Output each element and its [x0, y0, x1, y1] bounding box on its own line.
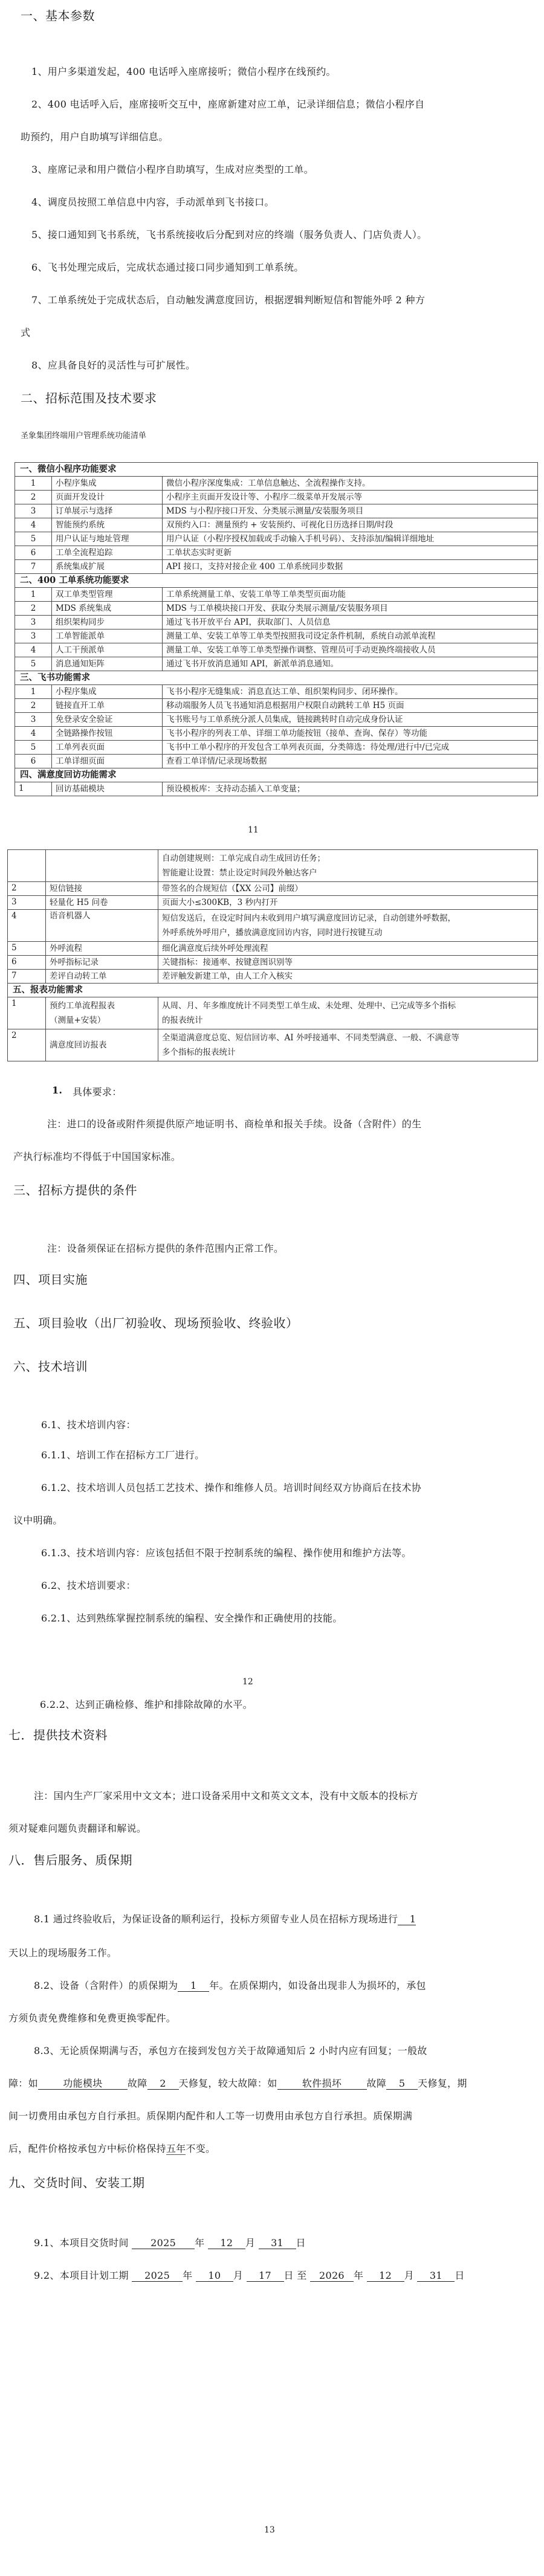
function-table-part-1: 一、微信小程序功能要求 1小程序集成微信小程序深度集成：工单信息触达、全流程操作… [15, 462, 538, 796]
section-2-title: 二、招标范围及技术要求 [21, 388, 157, 406]
table-row: 4人工干预派单测量工单、安装工单等工单类型操作调整、管理员可手动更换终端接收人员 [15, 643, 538, 657]
table-row: 5用户认证与地址管理用户认证（小程序授权加载或手动输入手机号码）、支持添加/编辑… [15, 532, 538, 546]
after-sales-8-3: 8.3、无论质保期满与否，承包方在接到发包方关于故障通知后 2 小时内应有回复；… [34, 2043, 427, 2057]
group-header-400: 二、400 工单系统功能要求 [15, 574, 538, 588]
after-sales-8-1-cont: 天以上的现场服务工作。 [8, 1945, 117, 1959]
after-sales-8-2-cont: 方须负责免费维修和免费更换零配件。 [8, 2011, 176, 2024]
general-fault-days-field: 2 [147, 2078, 179, 2090]
delivery-day-field: 31 [259, 2238, 296, 2249]
param-item-8: 8、应具备良好的灵活性与可扩展性。 [31, 358, 195, 372]
table-row: 2链接直开工单移动端服务人员飞书通知消息根据用户权限自动跳转工单 H5 页面 [15, 699, 538, 713]
param-item-4: 4、调度员按照工单信息中内容，手动派单到飞书接口。 [31, 195, 274, 208]
after-sales-8-3-line-4: 后，配件价格按承包方中标价格保持五年不变。 [8, 2141, 215, 2155]
training-6-2-2: 6.2.2、达到正确检修、维护和排除故障的水平。 [40, 1697, 253, 1711]
section-6-title: 六、技术培训 [13, 1357, 88, 1374]
table-row: 5外呼流程细化满意度后续外呼处理流程 [8, 942, 538, 956]
table-row: 2短信链接带签名的合规短信（【XX 公司】前缀） [8, 882, 538, 896]
section-9-title: 九、交货时间、安装工期 [8, 2173, 145, 2191]
table-row: 2 满意度回访报表 全渠道满意度总览、短信回访率、AI 外呼接通率、不同类型满意… [8, 1029, 538, 1061]
section-5-title: 五、项目验收（出厂初验收、现场预验收、终验收） [13, 1313, 299, 1331]
import-note-line-1: 注：进口的设备或附件须提供原产地证明书、商检单和报关手续。设备（含附件）的生 [47, 1116, 421, 1130]
table-row: 1回访基础模块预设模板库：支持动态插入工单变量； [15, 782, 538, 796]
group-header-feishu: 三、飞书功能需求 [15, 671, 538, 685]
start-day-field: 17 [247, 2270, 284, 2282]
table-row: 3组织架构同步通过飞书开放平台 API，获取部门、人员信息 [15, 616, 538, 630]
table-row: 1 预约工单流程报表 （测量+安装） 从周、月、年多维度统计不同类型工单生成、未… [8, 997, 538, 1029]
group-header-wechat: 一、微信小程序功能要求 [15, 463, 538, 477]
conditions-note: 注：设备须保证在招标方提供的条件范围内正常工作。 [47, 1241, 283, 1255]
table-row: 3轻量化 H5 问卷页面大小≤300KB，3 秒内打开 [8, 896, 538, 910]
general-fault-field: 功能模块 [38, 2078, 128, 2090]
table-row: 7差评自动转工单差评触发新建工单，由人工介入核实 [8, 970, 538, 984]
training-6-2-1: 6.2.1、达到熟练掌握控制系统的编程、安全操作和正确使用的技能。 [41, 1611, 343, 1624]
section-3-title: 三、招标方提供的条件 [13, 1180, 137, 1198]
end-day-field: 31 [417, 2270, 455, 2282]
param-item-2: 2、400 电话呼入后，座席接听交互中，座席新建对应工单，记录详细信息；微信小程… [31, 97, 424, 111]
function-list-title: 圣象集团终端用户管理系统功能清单 [21, 429, 146, 440]
start-year-field: 2025 [132, 2270, 183, 2282]
section-7-title: 七．提供技术资料 [8, 1725, 108, 1743]
function-table-part-2: 自动创建规则：工单完成自动生成回访任务； 智能避让设置：禁止设定时间段外触达客户… [7, 849, 538, 1061]
after-sales-8-2: 8.2、设备（含附件）的质保期为1年。在质保期内，如设备出现非人为损坏的，承包 [34, 1978, 426, 1992]
section-8-title: 八．售后服务、质保期 [8, 1850, 132, 1868]
tech-docs-note-line-1: 注：国内生产厂家采用中文文本；进口设备采用中文和英文文本，没有中文版本的投标方 [34, 1788, 418, 1802]
table-row: 自动创建规则：工单完成自动生成回访任务； 智能避让设置：禁止设定时间段外触达客户 [8, 850, 538, 882]
end-month-field: 12 [367, 2270, 404, 2282]
table-row: 5工单列表页面飞书中工单小程序的开发包含工单列表页面，分类筛选：待处理/进行中/… [15, 741, 538, 755]
tech-docs-note-line-2: 须对疑难问题负责翻译和解说。 [8, 1821, 146, 1835]
param-item-5: 5、接口通知到飞书系统，飞书系统接收后分配到对应的终端（服务负责人、门店负责人）… [31, 227, 427, 241]
table-row: 2MDS 系统集成MDS 与工单模块接口开发、获取分类展示测量/安装服务项目 [15, 602, 538, 616]
table-row: 1小程序集成飞书小程序无缝集成：消息直达工单、组织架构同步、闭环操作。 [15, 685, 538, 699]
table-row: 4 语音机器人 短信发送后，在设定时间内未收到用户填写满意度回访记录，自动创建外… [8, 910, 538, 942]
table-row: 4智能预约系统双预约入口：测量预约 + 安装预约、可视化日历选择日期/时段 [15, 518, 538, 532]
schedule-9-2: 9.2、本项目计划工期 2025年 10月 17日 至 2026年 12月 31… [34, 2268, 465, 2282]
table-row: 2页面开发设计小程序主页面开发设计等、小程序二级菜单开发展示等 [15, 491, 538, 504]
param-item-2-cont: 助预约，用户自助填写详细信息。 [21, 129, 169, 143]
import-note-line-2: 产执行标准均不得低于中国国家标准。 [13, 1149, 181, 1163]
price-hold-years: 五年 [166, 2143, 186, 2155]
start-month-field: 10 [196, 2270, 233, 2282]
page-number-13: 13 [264, 2525, 275, 2535]
page-number-12: 12 [242, 1677, 253, 1687]
onsite-days-field: 1 [398, 1914, 416, 1925]
training-6-1-2: 6.1.2、技术培训人员包括工艺技术、操作和维修人员。培训时间经双方协商后在技术… [41, 1480, 421, 1494]
table-row: 3免登录安全验证飞书账号与工单系统分派人员集成，链接跳转时自动完成身份认证 [15, 713, 538, 727]
param-item-6: 6、飞书处理完成后，完成状态通过接口同步通知到工单系统。 [31, 260, 304, 274]
table-row: 3工单智能派单测量工单、安装工单等工单类型按照我司设定条件机制，系统自动派单流程 [15, 630, 538, 643]
delivery-time-9-1: 9.1、本项目交货时间 2025年 12月 31日 [34, 2235, 306, 2249]
section-1-title: 一、基本参数 [21, 6, 95, 24]
specific-req-number: 1. [52, 1084, 62, 1096]
major-fault-field: 软件损坏 [277, 2078, 367, 2090]
param-item-3: 3、座席记录和用户微信小程序自助填写，生成对应类型的工单。 [31, 162, 314, 176]
group-header-satisfaction: 四、满意度回访功能需求 [15, 768, 538, 782]
training-6-1: 6.1、技术培训内容： [41, 1417, 136, 1431]
table-row: 6工单全流程追踪工单状态实时更新 [15, 546, 538, 560]
param-item-7-cont: 式 [21, 325, 30, 339]
section-4-title: 四、项目实施 [13, 1270, 88, 1287]
table-row: 1双工单类型管理工单系统测量工单、安装工单等工单类型页面功能 [15, 588, 538, 602]
group-header-reports: 五、报表功能需求 [8, 984, 538, 997]
table-row: 3订单展示与选择MDS 与小程序接口开发、分类展示测量/安装服务项目 [15, 504, 538, 518]
after-sales-8-3-line-2: 障：如功能模块故障2天修复，较大故障：如软件损坏故障5天修复，期 [8, 2076, 467, 2090]
training-6-2: 6.2、技术培训要求： [41, 1578, 136, 1592]
table-row: 6外呼指标记录关键指标：接通率、按键意图识别等 [8, 956, 538, 970]
param-item-1: 1、用户多渠道发起，400 电话呼入座席接听；微信小程序在线预约。 [31, 64, 336, 78]
table-row: 4全链路操作按钮飞书小程序的列表工单、详细工单功能按钮（接单、查询、保存）等功能 [15, 727, 538, 741]
table-row: 1小程序集成微信小程序深度集成：工单信息触达、全流程操作支持。 [15, 477, 538, 491]
param-item-7: 7、工单系统处于完成状态后，自动触发满意度回访，根据逻辑判断短信和智能外呼 2 … [31, 292, 425, 306]
table-row: 7系统集成扩展API 接口，支持对接企业 400 工单系统同步数据 [15, 560, 538, 574]
page-number-11: 11 [248, 825, 259, 835]
specific-req-title: 具体要求： [73, 1084, 122, 1098]
major-fault-days-field: 5 [386, 2078, 418, 2090]
delivery-year-field: 2025 [132, 2238, 195, 2249]
after-sales-8-1: 8.1 通过终验收后，为保证设备的顺利运行，投标方须留专业人员在招标方现场进行1 [34, 1911, 416, 1925]
table-row: 5消息通知矩阵通过飞书开放消息通知 API，新派单消息通知。 [15, 657, 538, 671]
training-6-1-2-cont: 议中明确。 [13, 1513, 63, 1527]
warranty-years-field: 1 [178, 1980, 209, 1992]
training-6-1-1: 6.1.1、培训工作在招标方工厂进行。 [41, 1447, 204, 1461]
after-sales-8-3-line-3: 间一切费用由承包方自行承担。质保期内配件和人工等一切费用由承包方自行承担。质保期… [8, 2108, 412, 2122]
end-year-field: 2026 [310, 2270, 354, 2282]
table-row: 6工单详细页面查看工单详情/记录现场数据 [15, 755, 538, 768]
training-6-1-3: 6.1.3、技术培训内容：应该包括但不限于控制系统的编程、操作使用和维护方法等。 [41, 1545, 412, 1559]
delivery-month-field: 12 [208, 2238, 245, 2249]
